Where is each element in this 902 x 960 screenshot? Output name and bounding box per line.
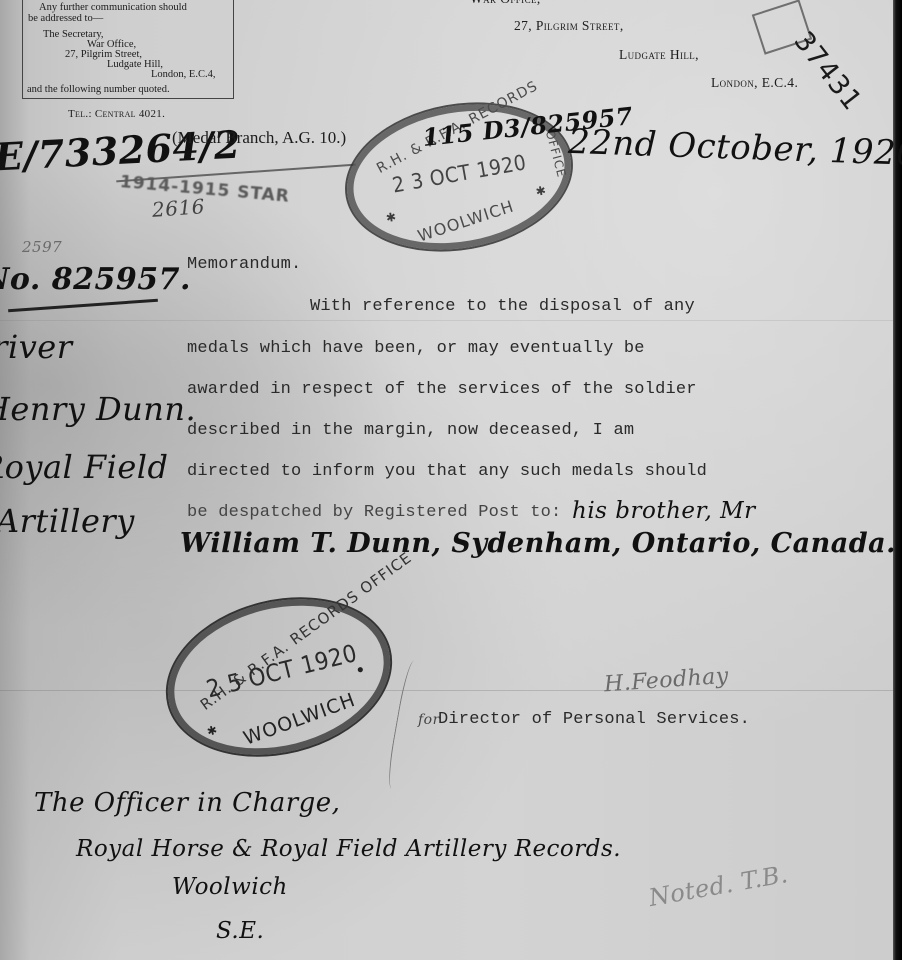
signatory-title: Director of Personal Services. — [438, 710, 750, 729]
branch-label: (Medal Branch, A.G. 10.) — [172, 128, 346, 148]
fold-line — [0, 690, 893, 691]
letterhead-line: 27, Pilgrim Street, — [514, 18, 624, 34]
star-icon: ✱ — [535, 183, 548, 200]
body-line: directed to inform you that any such med… — [187, 462, 707, 481]
letterhead-line: War Office, — [470, 0, 541, 7]
memo-heading: Memorandum. — [187, 255, 301, 274]
notice-line: London, E.C.4, — [151, 69, 215, 82]
star-icon: ✱ — [205, 723, 218, 740]
soldier-name: Henry Dunn. — [0, 390, 196, 428]
body-line: medals which have been, or may eventuall… — [187, 339, 645, 358]
notice-line: and the following number quoted. — [27, 84, 170, 97]
handwritten-recipient: his brother, Mr — [572, 498, 756, 524]
stamp-ring-text: WOOLWICH — [415, 196, 516, 245]
letterhead-line: London, E.C.4. — [711, 75, 798, 91]
unit-line: Royal Field — [0, 448, 169, 486]
star-icon: ✱ — [385, 210, 398, 227]
addressee-line: Woolwich — [172, 874, 288, 900]
handwritten-code: 2616 — [151, 194, 205, 222]
notice-line: be addressed to— — [28, 13, 103, 26]
body-line: awarded in respect of the services of th… — [187, 380, 697, 399]
regimental-number: No. 825957. — [0, 262, 191, 297]
handwritten-recipient: William T. Dunn, Sydenham, Ontario, Cana… — [180, 528, 896, 559]
addressee-line: Royal Horse & Royal Field Artillery Reco… — [76, 836, 621, 862]
telephone-number: Tel.: Central 4021. — [68, 108, 165, 120]
rank: Driver — [0, 328, 73, 366]
fold-line — [0, 320, 893, 321]
body-line: described in the margin, now deceased, I… — [187, 421, 634, 440]
addressee-line: S.E. — [216, 918, 264, 944]
signature-prefix: for — [418, 712, 440, 728]
letterhead-line: Ludgate Hill, — [619, 47, 699, 63]
addressee-line: The Officer in Charge, — [34, 788, 340, 818]
star-icon: ● — [355, 661, 366, 677]
notice-box: Any further communication should be addr… — [22, 0, 234, 99]
pencil-note: 2597 — [22, 238, 62, 256]
body-line: With reference to the disposal of any — [310, 297, 695, 316]
body-line: be despatched by Registered Post to: — [187, 503, 561, 522]
unit-line: Artillery — [0, 502, 135, 540]
